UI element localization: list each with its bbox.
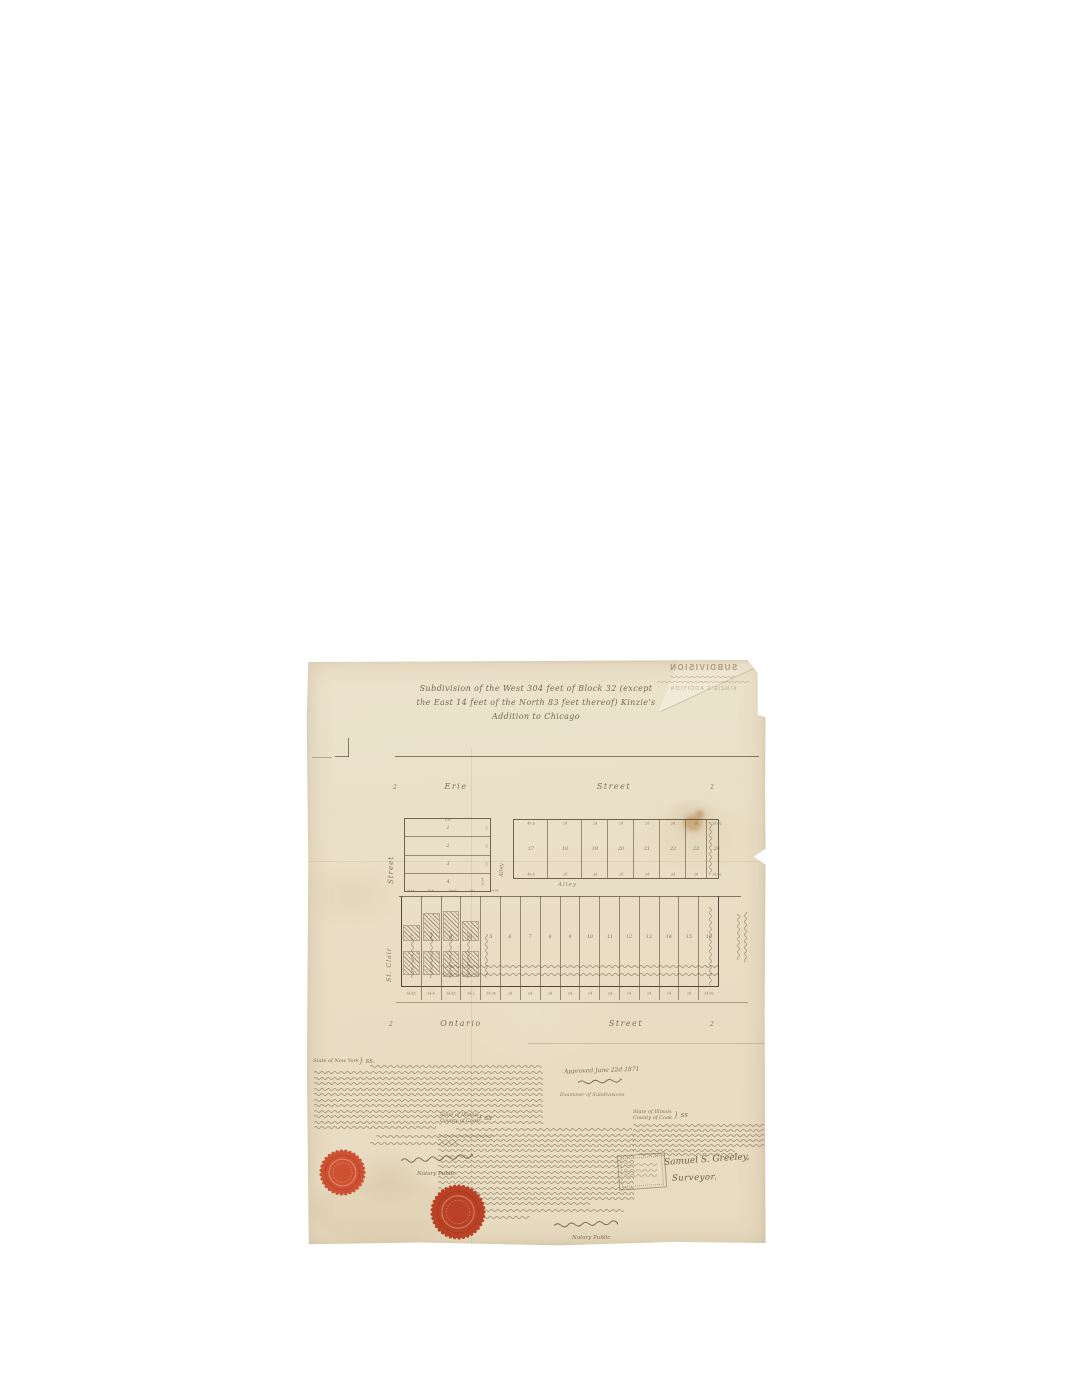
lot-number: 1 [446, 825, 449, 830]
lot-number: 3 [446, 861, 449, 866]
lot-number: 15 [686, 934, 692, 939]
vertical-annotation-line [448, 930, 453, 978]
left-margin-tick [312, 757, 332, 758]
title-line-1: Subdivision of the West 304 feet of Bloc… [366, 682, 706, 696]
lot-dimension: 24 [618, 873, 622, 877]
lot-cell: 325 [405, 855, 490, 873]
handwritten-line [624, 1168, 657, 1173]
dimension-tick [639, 987, 640, 1000]
vertical-annotation-line [708, 907, 713, 985]
lot-dimension: 24.43 [407, 992, 416, 996]
street-label-erie-street: Street [574, 782, 654, 791]
lot-dimension: 24 [607, 992, 611, 996]
lot-number: 2 [446, 843, 449, 848]
dimension-tick [421, 987, 422, 1000]
alley-label-horizontal: Alley [558, 882, 577, 888]
lot-dimension: 24.43 [446, 992, 455, 996]
lot-number: 21 [644, 846, 650, 851]
lot-cell: 202424 [607, 820, 633, 878]
surveyor-heading-2: County of Cook [633, 1115, 672, 1121]
handwritten-signature [554, 1218, 618, 1231]
lot-number: 24 [714, 846, 720, 851]
vertical-annotation-line [429, 932, 434, 978]
lot-dimension: 24.96 [486, 992, 495, 996]
lot-number: 8 [549, 934, 552, 939]
surveyor-ss: } ss [674, 1111, 688, 1119]
block-number-mark: 2 [710, 1021, 714, 1028]
street-label-st-clair: St. Clair [385, 947, 393, 982]
dimension-tick [599, 987, 600, 1000]
block-number-mark: 2 [393, 784, 397, 791]
lot-cell: 225 [405, 836, 490, 854]
handwritten-line [314, 1076, 543, 1081]
vertical-annotation-line [466, 932, 471, 978]
lot-number: 17 [528, 846, 534, 851]
handwritten-line [314, 1070, 543, 1075]
lot-number: 19 [592, 846, 598, 851]
lot-dimension: 24 [588, 992, 592, 996]
lot-dimension: 24 [627, 992, 631, 996]
lot-dimension: 24 [647, 992, 651, 996]
notary-ny-heading: State of New York [313, 1058, 359, 1064]
lot-cell: 1749.649.6 [514, 820, 547, 878]
lot-number: 23 [693, 846, 699, 851]
lot-dimension: 24 [548, 992, 552, 996]
lot-dimension: 24.62 [712, 822, 721, 826]
handwritten-line [624, 1162, 657, 1167]
dimension-tick [678, 987, 679, 1000]
corner-mark-horizontal [335, 756, 349, 757]
lot-number: 14 [666, 934, 672, 939]
street-label-ontario: Ontario [429, 1019, 493, 1028]
title-line-3: Addition to Chicago [366, 710, 706, 724]
lot-number: 5 [489, 934, 492, 939]
surveyor-title: Surveyor. [672, 1172, 718, 1184]
block-number-mark: 2 [710, 784, 714, 791]
plat-title: Subdivision of the West 304 feet of Bloc… [366, 682, 706, 724]
dimension-tick [441, 987, 442, 1000]
lot-dimension: 24 [667, 992, 671, 996]
handwritten-line [314, 1120, 543, 1125]
vertical-annotation-line [743, 912, 748, 962]
dimension-tick [659, 987, 660, 1000]
approval-title: Examiner of Subdivisions [560, 1092, 624, 1098]
alley-dimension: 24.1 [469, 889, 476, 893]
lot-number: 10 [587, 934, 593, 939]
alley-dimension: 24.43 [406, 889, 415, 893]
lot-number: 22 [670, 846, 676, 851]
notary-il-title: Notary Public [572, 1235, 610, 1241]
lot-cell: 125 [405, 819, 490, 836]
stamp-handwritten-line [671, 674, 735, 678]
handwritten-line [314, 1098, 543, 1103]
alley-south-line [399, 896, 741, 897]
lot-cell: 192424 [581, 820, 607, 878]
lot-number: 12 [626, 934, 632, 939]
scan-background: SUBDIVISION KINZIE'S ADDITION Subdivisio… [0, 0, 1071, 1386]
dimension-tick [500, 987, 501, 1000]
dimension-row-bottom-line [396, 1002, 748, 1003]
block-number-mark: 2 [389, 1021, 393, 1028]
street-label-ontario-street: Street [586, 1019, 666, 1028]
handwritten-line [314, 1103, 543, 1108]
lot-dimension: 24 [694, 873, 698, 877]
handwritten-signature [578, 1077, 622, 1089]
ontario-street-rule [528, 1043, 764, 1044]
vertical-annotation-line [410, 938, 415, 978]
lot-dimension: 24 [618, 822, 622, 826]
handwritten-line [438, 1143, 634, 1148]
ink-stain-small [696, 810, 704, 818]
lot-dimension: 24.94 [481, 878, 485, 887]
handwritten-line [314, 1109, 543, 1114]
notary-wax-seal [430, 1184, 486, 1240]
lot-dimension: 24 [592, 873, 596, 877]
lot-dimension: 25 [485, 844, 489, 848]
title-line-2: the East 14 feet of the North 83 feet th… [366, 696, 706, 710]
dimension-tick [480, 987, 481, 1000]
lot-cell: 182424 [547, 820, 581, 878]
dimension-tick [579, 987, 580, 1000]
upper-right-lot-block: 1749.649.6182424192424202424212424222424… [513, 819, 719, 879]
lot-number: 4 [446, 879, 449, 884]
lot-number: 7 [529, 934, 532, 939]
handwritten-line [314, 1087, 543, 1092]
stamp-title: SUBDIVISION [644, 663, 762, 672]
handwritten-line [624, 1173, 657, 1178]
handwritten-line [314, 1114, 543, 1119]
notary-wax-seal [319, 1149, 366, 1196]
lot-dimension: 24.62 [704, 992, 713, 996]
corner-mark-vertical [348, 738, 349, 757]
lot-dimension: 24.62 [712, 873, 721, 877]
lot-number: 9 [568, 934, 571, 939]
handwritten-line [314, 1125, 436, 1130]
handwritten-line [639, 1152, 736, 1157]
handwritten-line [314, 1081, 543, 1086]
map-annotation-line [441, 972, 718, 977]
dimension-tick [540, 987, 541, 1000]
lot-number: 18 [562, 846, 568, 851]
map-annotation-line [441, 964, 718, 969]
handwritten-line [438, 1175, 634, 1180]
vertical-annotation-line [708, 822, 713, 875]
lot-dimension: 25 [485, 826, 489, 830]
lot-dimension: 24 [562, 822, 566, 826]
dimension-tick [520, 987, 521, 1000]
lot-dimension: 24 [694, 822, 698, 826]
dimension-tick [619, 987, 620, 1000]
lot-dimension: 49.6 [527, 822, 534, 826]
lot-dimension: 24 [670, 822, 674, 826]
lot-number: 6 [509, 934, 512, 939]
plat-document-sheet: SUBDIVISION KINZIE'S ADDITION Subdivisio… [306, 660, 766, 1246]
handwritten-line [438, 1170, 634, 1175]
lot-number: 20 [618, 846, 624, 851]
lot-number: 11 [607, 934, 613, 939]
handwritten-line [370, 1064, 542, 1069]
alley-dimension: 24.43 [448, 889, 457, 893]
lot-dimension: 24 [644, 822, 648, 826]
approval-line: Approved June 22d 1871 [564, 1066, 640, 1076]
lot-number: 13 [646, 934, 652, 939]
lot-dimension: 24 [644, 873, 648, 877]
handwritten-line [438, 1133, 634, 1138]
lot-dimension: 24 [687, 992, 691, 996]
lot-dimension: 24 [562, 873, 566, 877]
alley-dimension: 24.96 [490, 889, 499, 893]
lot-dimension: 24 [528, 992, 532, 996]
lot-dimension: 25 [485, 862, 489, 866]
dimension-tick [698, 987, 699, 1000]
lot-cell: 222424 [659, 820, 685, 878]
handwritten-line [438, 1164, 634, 1169]
upper-left-lot-block: 125225325424.94 [404, 818, 491, 892]
alley-label-vertical: Alley [499, 863, 505, 877]
alley-dimension: 24.4 [427, 889, 434, 893]
lot-dimension: 24 [508, 992, 512, 996]
dimension-tick [460, 987, 461, 1000]
vertical-annotation-line [736, 914, 741, 960]
lot-dimension: 24.4 [428, 992, 435, 996]
lot-dimension: 24 [670, 873, 674, 877]
dimension-tick [560, 987, 561, 1000]
lot-dimension: 49.6 [527, 873, 534, 877]
lot-cell: 212424 [633, 820, 659, 878]
vertical-annotation-line [484, 934, 489, 978]
handwritten-line [314, 1092, 543, 1097]
lot-cell: 232424 [685, 820, 706, 878]
street-label-st-clair-street: Street [387, 856, 395, 884]
handwritten-line [456, 1127, 632, 1132]
lot-dimension: 24.1 [467, 992, 474, 996]
lot-dimension: 24 [592, 822, 596, 826]
street-label-erie: Erie [424, 782, 488, 791]
top-border-rule [395, 756, 759, 757]
handwritten-line [438, 1138, 634, 1143]
lot-dimension: 24 [568, 992, 572, 996]
